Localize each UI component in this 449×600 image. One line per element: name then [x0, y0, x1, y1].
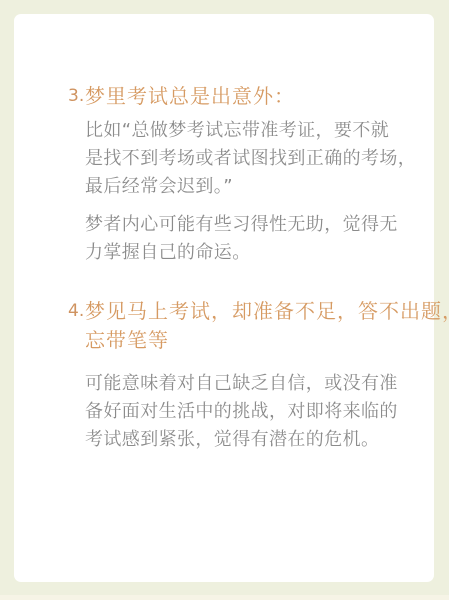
text-line: 最后经常会迟到。” — [85, 173, 402, 201]
section-body: 梦里考试总是出意外： 比如“总做梦考试忘带准考证，要不就 是找不到考场或者试图找… — [85, 82, 402, 267]
page-frame: 3. 梦里考试总是出意外： 比如“总做梦考试忘带准考证，要不就 是找不到考场或者… — [0, 0, 449, 600]
paragraph-example-quote: 比如“总做梦考试忘带准考证，要不就 是找不到考场或者试图找到正确的考场， 最后经… — [85, 117, 402, 201]
paragraph-interpretation: 可能意味着对自己缺乏自信，或没有准 备好面对生活中的挑战，对即将来临的 考试感到… — [85, 370, 402, 454]
content-card: 3. 梦里考试总是出意外： 比如“总做梦考试忘带准考证，要不就 是找不到考场或者… — [14, 14, 434, 582]
section-number: 4. — [68, 297, 85, 326]
section-body: 梦见马上考试，却准备不足，答不出题， 忘带笔等 可能意味着对自己缺乏自信，或没有… — [85, 297, 402, 454]
text-line: 力掌握自己的命运。 — [85, 239, 402, 267]
title-line: 忘带笔等 — [85, 326, 402, 355]
text-line: 是找不到考场或者试图找到正确的考场， — [85, 145, 402, 173]
text-line: 梦者内心可能有些习得性无助，觉得无 — [85, 211, 402, 239]
paragraph-interpretation: 梦者内心可能有些习得性无助，觉得无 力掌握自己的命运。 — [85, 211, 402, 267]
section-title: 梦里考试总是出意外： — [85, 82, 402, 111]
title-line: 梦里考试总是出意外： — [85, 82, 402, 111]
text-line: 比如“总做梦考试忘带准考证，要不就 — [85, 117, 402, 145]
text-line: 考试感到紧张，觉得有潜在的危机。 — [85, 426, 402, 454]
section-dream-unprepared-exam: 4. 梦见马上考试，却准备不足，答不出题， 忘带笔等 可能意味着对自己缺乏自信，… — [68, 297, 402, 454]
section-number: 3. — [68, 82, 85, 111]
text-line: 备好面对生活中的挑战，对即将来临的 — [85, 398, 402, 426]
text-line: 可能意味着对自己缺乏自信，或没有准 — [85, 370, 402, 398]
title-line: 梦见马上考试，却准备不足，答不出题， — [85, 297, 402, 326]
section-dream-exam-surprises: 3. 梦里考试总是出意外： 比如“总做梦考试忘带准考证，要不就 是找不到考场或者… — [68, 82, 402, 267]
section-title: 梦见马上考试，却准备不足，答不出题， 忘带笔等 — [85, 297, 402, 355]
